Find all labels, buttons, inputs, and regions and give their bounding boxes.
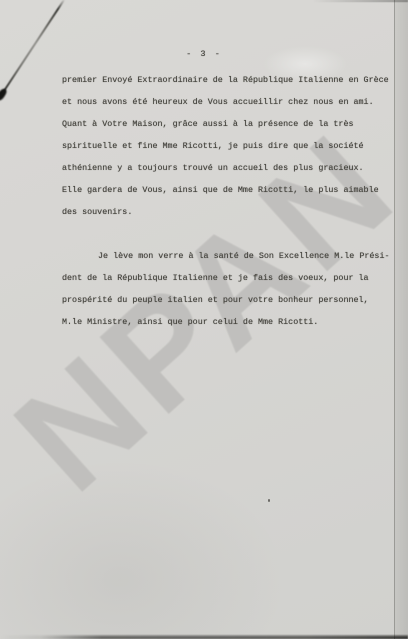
page-number: - 3 - — [0, 49, 408, 59]
body-line: athénienne y a toujours trouvé un accuei… — [62, 157, 389, 179]
corner-crease-mark — [0, 87, 8, 102]
body-line: Elle gardera de Vous, ainsi que de Mme R… — [62, 179, 389, 201]
body-line: M.le Ministre, ainsi que pour celui de M… — [62, 311, 390, 333]
body-line: des souvenirs. — [62, 201, 389, 223]
ink-speck — [268, 499, 270, 502]
body-line: Quant à Votre Maison, grâce aussi à la p… — [62, 113, 389, 135]
paragraph-2: Je lève mon verre à la santé de Son Exce… — [62, 245, 390, 333]
body-line: et nous avons été heureux de Vous accuei… — [62, 91, 389, 113]
paper-edge-right — [394, 0, 408, 639]
page-sheet: NPAN - 3 - premier Envoyé Extraordinaire… — [0, 0, 408, 639]
body-line: dent de la République Italienne et je fa… — [62, 267, 390, 289]
body-line: spirituelle et fine Mme Ricotti, je puis… — [62, 135, 389, 157]
paper-edge-top — [313, 0, 408, 2]
paragraph-1: premier Envoyé Extraordinaire de la Répu… — [62, 69, 389, 223]
body-line: prospérité du peuple italien et pour vot… — [62, 289, 390, 311]
body-line: premier Envoyé Extraordinaire de la Répu… — [62, 69, 389, 91]
paper-edge-bottom — [0, 634, 408, 639]
body-line: Je lève mon verre à la santé de Son Exce… — [62, 245, 390, 267]
